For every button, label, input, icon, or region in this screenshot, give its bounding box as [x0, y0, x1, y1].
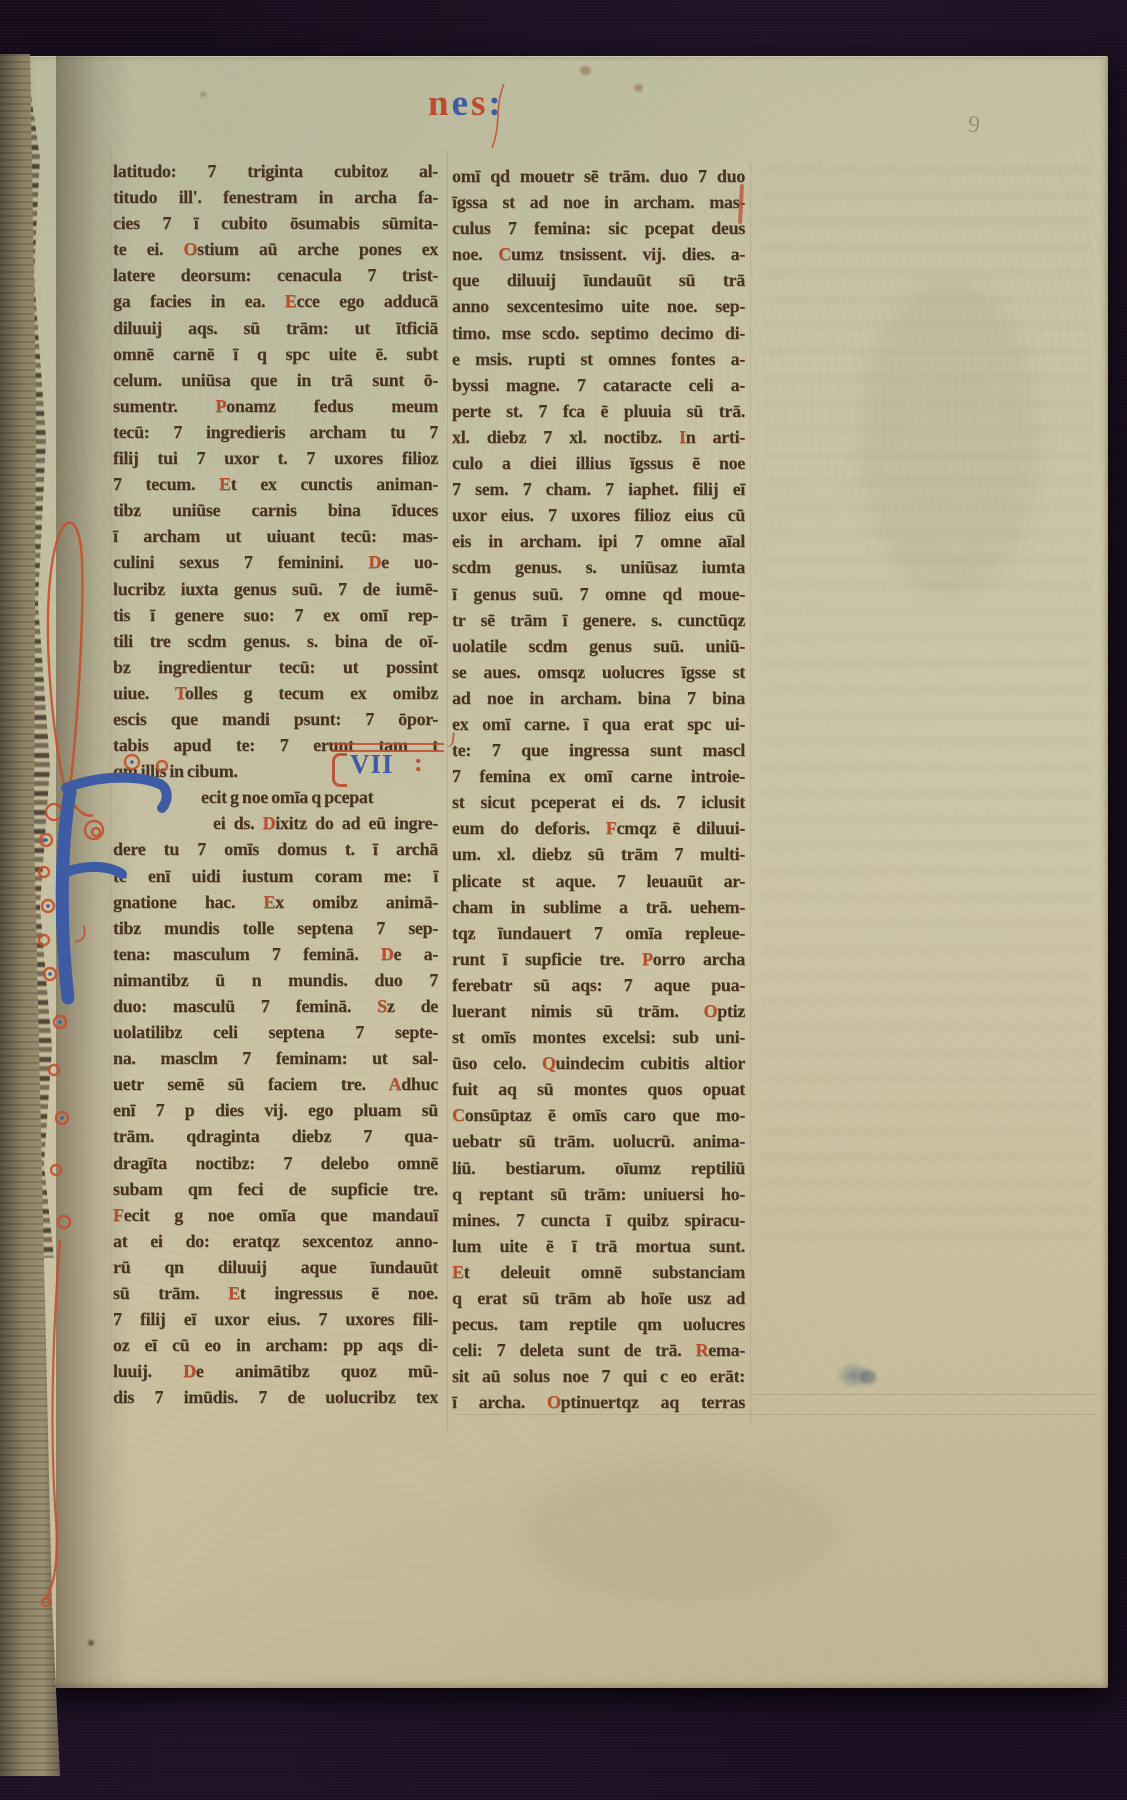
text-line: luerant nimis sū trām. Optiz — [452, 998, 745, 1024]
parchment-stain — [520, 1460, 840, 1600]
text-line: anno sexcentesimo uite noe. sep- — [452, 293, 745, 319]
chapter-marker-vii: VII : — [330, 746, 442, 790]
text-line: tr sē trām ī genere. s. cunctūqz — [452, 607, 745, 633]
text-line: pecus. tam reptile qm uolucres — [452, 1311, 745, 1337]
ruling-line — [750, 1394, 1098, 1395]
illuminated-initial-f — [36, 420, 236, 1620]
text-line: cham in sublime a trā. uehem- — [452, 894, 745, 920]
text-line: fuit aq sū montes quos opuat — [452, 1076, 745, 1102]
chapter-number: VII — [350, 749, 394, 780]
text-line: ferebatr sū aqs: 7 aque pua- — [452, 972, 745, 998]
text-line: e msis. rupti st omnes fontes a- — [452, 346, 745, 372]
text-line: sumentr. Ponamz fedus meum — [113, 393, 438, 419]
text-line: tqz īundauert 7 omīa repleue- — [452, 920, 745, 946]
text-line: ī archa. Optinuertqz aq terras — [452, 1389, 745, 1415]
text-line: cies 7 ī cubito ōsumabis sūmita- — [113, 210, 438, 236]
text-line: que diluuij īundauūt sū trā — [452, 267, 745, 293]
ruling-line — [750, 162, 751, 1424]
text-line: st sicut pceperat ei ds. 7 iclusit — [452, 789, 745, 815]
text-line: omī qd mouetr sē trām. duo 7 duo — [452, 163, 745, 189]
text-line: st omīs montes excelsi: sub uni- — [452, 1024, 745, 1050]
text-line: ad noe in archam. bina 7 bina — [452, 685, 745, 711]
text-line: uebatr sū trām. uolucrū. anima- — [452, 1128, 745, 1154]
text-column-2: omī qd mouetr sē trām. duo 7 duoīgssa st… — [452, 163, 745, 1416]
manuscript-photo: nes: 9 latitudo: 7 triginta cubitoz al-t… — [0, 0, 1127, 1800]
text-line: lum uite ē ī trā mortua sunt. — [452, 1233, 745, 1259]
text-line: xl. diebz 7 xl. noctibz. In arti- — [452, 424, 745, 450]
folio-number: 9 — [967, 112, 981, 140]
parchment-stain — [200, 92, 206, 97]
running-title-flourish-icon — [488, 82, 512, 152]
text-line: te ei. Ostium aū arche pones ex — [113, 236, 438, 262]
text-line: te: 7 que ingressa sunt mascl — [452, 737, 745, 763]
text-line: ūso celo. Quindecim cubitis altior — [452, 1050, 745, 1076]
text-line: eum do deforis. Fcmqz ē diluui- — [452, 815, 745, 841]
text-line: runt ī supficie tre. Porro archa — [452, 946, 745, 972]
text-line: noe. Cumz tnsissent. vij. dies. a- — [452, 241, 745, 267]
text-line: eis in archam. ipi 7 omne aīal — [452, 528, 745, 554]
text-line: titudo ill'. fenestram in archa fa- — [113, 184, 438, 210]
text-line: 7 sem. 7 cham. 7 iaphet. filij eī — [452, 476, 745, 502]
text-line: liū. bestiarum. oīumz reptiliū — [452, 1155, 745, 1181]
text-line: Et deleuit omnē substanciam — [452, 1259, 745, 1285]
running-title-letter: s — [471, 83, 488, 124]
text-line: latere deorsum: cenacula 7 trist- — [113, 262, 438, 288]
text-line: īgssa st ad noe in archam. mas- — [452, 189, 745, 215]
text-line: scdm genus. s. uniūsaz iumta — [452, 554, 745, 580]
chapter-marker-bracket — [332, 753, 347, 787]
text-line: ga facies in ea. Ecce ego adducā — [113, 288, 438, 314]
show-through-text — [762, 165, 1092, 1255]
text-line: celi: 7 deleta sunt de trā. Rema- — [452, 1337, 745, 1363]
text-line: um. xl. diebz sū trām 7 multi- — [452, 841, 745, 867]
ruling-line — [447, 150, 448, 1430]
text-line: q reptant sū trām: uniuersi ho- — [452, 1181, 745, 1207]
text-line: se aues. omsqz uolucres īgsse st — [452, 659, 745, 685]
text-line: plicate st aque. 7 leuauūt ar- — [452, 868, 745, 894]
text-line: ex omī carne. ī qua erat spc ui- — [452, 711, 745, 737]
ink-smudge — [860, 1370, 876, 1384]
text-line: celum. uniūsa que in trā sunt ō- — [113, 367, 438, 393]
text-line: uolatile scdm genus suū. uniū- — [452, 633, 745, 659]
text-line: perte st. 7 fca ē pluuia sū trā. — [452, 398, 745, 424]
text-line: 7 femina ex omī carne introie- — [452, 763, 745, 789]
text-line: mines. 7 cuncta ī quibz spiracu- — [452, 1207, 745, 1233]
parchment-stain — [580, 66, 591, 75]
text-line: culo a diei illius īgssus ē noe — [452, 450, 745, 476]
running-title-letter: n — [428, 83, 452, 124]
running-title-letter: e — [452, 83, 471, 124]
text-line: uxor eius. 7 uxores filioz eius cū — [452, 502, 745, 528]
parchment-stain — [634, 84, 643, 92]
chapter-marker-colon: : — [414, 748, 423, 778]
text-line: timo. mse scdo. septimo decimo di- — [452, 320, 745, 346]
text-line: byssi magne. 7 cataracte celi a- — [452, 372, 745, 398]
text-line: latitudo: 7 triginta cubitoz al- — [113, 158, 438, 184]
text-line: sit aū solus noe 7 qui c eo erāt: — [452, 1363, 745, 1389]
text-line: omnē carnē ī q spc uite ē. subt — [113, 341, 438, 367]
text-line: Consūptaz ē omīs caro que mo- — [452, 1102, 745, 1128]
text-line: diluuij aqs. sū trām: ut ītficiā — [113, 315, 438, 341]
text-line: q erat sū trām ab hoīe usz ad — [452, 1285, 745, 1311]
text-line: ī genus suū. 7 omne qd moue- — [452, 581, 745, 607]
text-line: culus 7 femina: sic pcepat deus — [452, 215, 745, 241]
